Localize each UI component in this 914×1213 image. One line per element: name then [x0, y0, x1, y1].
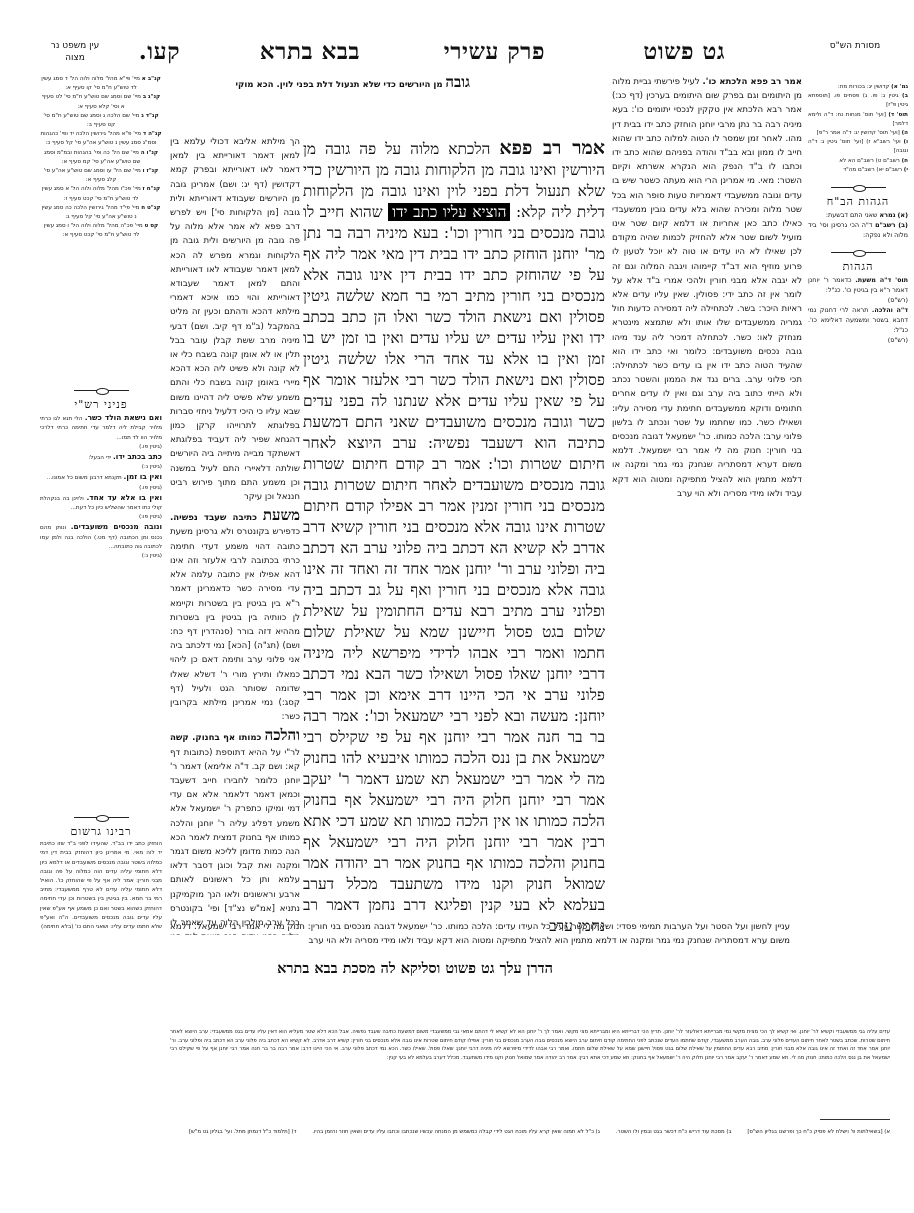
- hagahot-title: הגהות: [808, 262, 908, 271]
- penini-entry: ואם נישאת הולד כשר. הלי תנא לגו כרתי מלו…: [40, 413, 162, 452]
- rabbeinu-gershom-title: רבינו גרשום: [40, 827, 162, 836]
- ein-mishpat-entry: קנ"ו ה מיי' שם הל' כה ופי' בהגהות ובמ"מ …: [40, 149, 162, 167]
- mesoret-entry: תוס' ד) [ועי' תוס' מנחות נח: ד"ה ולימא ד…: [808, 111, 908, 129]
- gemara-text-after: שהוא חייב לו גובה מנכסים בני חורין וכו':…: [303, 203, 605, 935]
- ein-mishpat-entry: קס ט מיי' פכ"ה מהל' מלוה ולוה הל' ו סמג …: [40, 222, 162, 240]
- footnote-rule: [820, 1119, 890, 1120]
- hagahot-entry: תוס' ד"ה משעת. כדאמר ר' יוחנן דאמר ר"א ב…: [808, 275, 908, 305]
- ornamental-divider: [40, 813, 162, 821]
- penini-entry: כתב בכתב ידו. ידי הבעל:(גיטין נ:): [40, 452, 162, 472]
- tosafot-text: הך מילתא אליבא דכולי עלמא בין למאן דאמר …: [170, 137, 300, 502]
- mesoret-hashas-label: מסורת הש"ס: [825, 40, 885, 52]
- footnote: ב) מסכת עוד דריש כ"ח דכשר בגט ובמין ולו …: [616, 1129, 732, 1135]
- tosafot-top-strip: גובה מן היורשים כדי שלא תנעול דלת בפני ל…: [170, 75, 470, 135]
- tosafot-mishnah-entry: משעת כתיבה שעבד נפשיה. כדפירש בקונטרס ול…: [170, 508, 300, 724]
- penini-rashi-column: פניני רש"י ואם נישאת הולד כשר. הלי תנא ל…: [40, 378, 162, 748]
- mesoret-entry: ה) [ועי' תוס' קדושין יג: ד"ה אמר ר"פ]: [808, 129, 908, 138]
- chapter-number: פרק עשירי: [444, 38, 545, 65]
- ornamental-divider: [808, 248, 908, 256]
- footnote: ד) [תלמוד כ"ל דנמתן מתל. ועי' בגליון גט …: [189, 1129, 297, 1135]
- highlighted-phrase[interactable]: הוציא עליו כתב ידו: [388, 203, 510, 221]
- footnote: ג) כ"ל לא תמוה שאין קרא עליו מוכח הגט לי…: [312, 1129, 600, 1135]
- penini-entry: ואין בו זמן. תקנתא דרבנן משום כל אמונו..…: [40, 472, 162, 492]
- penini-entry: ונובה מנכסים משועבדים. ונותן מהם נכנס ומ…: [40, 522, 162, 561]
- hadran-line: הדרן עלך גט פשוט וסליקא לה מסכת בבא בתרא: [200, 960, 630, 978]
- talmud-page: מסורת הש"ס גט פשוט פרק עשירי בבא בתרא קע…: [0, 0, 914, 1213]
- folio-number: קעו.: [139, 38, 180, 65]
- ein-mishpat-entry: קנ"ב א מיי' פי"א מהל' מלוה ולוה הל' ד סמ…: [40, 75, 162, 93]
- rashbam-lead: אמר רב פפא הלכתא כו'.: [703, 77, 802, 87]
- ein-mishpat-entry: קנ"ז ו מיי' שם הל' עו וסמג שם טוש"ע אה"ע…: [40, 167, 162, 185]
- rashbam-top-strip: [465, 75, 615, 135]
- ein-mishpat-entry: קנ"ה ד מיי' פ"א מהל' גירושין הלכה יד ופי…: [40, 130, 162, 148]
- gemara-lead: אמר רב פפא: [499, 138, 605, 159]
- hagahot-habach-entry: (ב) רשב"ם ד"ה הכי גרסינן וסי' ביד מלוה ו…: [808, 220, 908, 240]
- chapter-name: גט פשוט: [643, 38, 725, 65]
- tosafot-first-line: מן היורשים כדי שלא תנעול דלת בפני לוין. …: [235, 80, 442, 90]
- ein-mishpat-label: עין משפט נר מצוה: [45, 40, 105, 64]
- mesoret-entry: ו) ועי' רשב"א ז) [ועי' תוס' גיטין ג: ד"ה…: [808, 138, 908, 156]
- penini-rashi-title: פניני רש"י: [40, 400, 162, 409]
- ein-mishpat-entry: קנ"ד ג מיי' שם הלכה ג וסמג שם טוש"ע ח"מ …: [40, 112, 162, 130]
- rabbeinu-gershom-text: הוחזק כתב ידו בב"ד. שהעידו לפני ב"ד שזו …: [40, 840, 162, 932]
- mesoret-entry: י) רשב"ם יא) רשב"ם מה"ד: [808, 166, 908, 175]
- rashbam-bottom-continuation: עניין לחשון ועל הסטר ועל הערבות תמימי פס…: [170, 920, 790, 960]
- rashbam-column: אמר רב פפא הלכתא כו'. לעיל פירשתי גביית …: [612, 75, 802, 935]
- tosafot-lead: גובה: [445, 75, 470, 91]
- hagahot-habach-title: הגהות הב"ח: [808, 197, 908, 206]
- tosafot-column: הך מילתא אליבא דכולי עלמא בין למאן דאמר …: [170, 135, 300, 935]
- hagahot-entry: ד"ה והלכה. תראה לרי דחנוק נמי דחבא בשטר …: [808, 305, 908, 345]
- gemara-text: אמר רב פפא הלכתא מלוה על פה גובה מן היור…: [303, 138, 605, 938]
- bottom-commentary: עדים עליה גבי ממשעבדי וקשיא לר' יוחנן. ו…: [170, 1028, 890, 1118]
- ein-mishpat-entry: קנ"ט ח מיי' פי"ד מהל' גירושין הלכה כה סמ…: [40, 204, 162, 222]
- penini-entry: ואין בו אלא עד אחד. ולזינן בה בנקהלת קול…: [40, 493, 162, 523]
- footnote: א) [בשאילתות פ' וישלח לא פסיק כ"ח כך ופר…: [747, 1129, 890, 1135]
- rabbeinu-gershom-column: רבינו גרשום הוחזק כתב ידו בב"ד. שהעידו ל…: [40, 805, 162, 1125]
- hagahot-habach-entry: (א) גמרא שאני התם דבשעת:: [808, 210, 908, 220]
- mesoret-entry: ח) רשב"ם ט) רשב"ם הא לא: [808, 157, 908, 166]
- tractate-name: בבא בתרא: [260, 38, 360, 65]
- page-header: מסורת הש"ס גט פשוט פרק עשירי בבא בתרא קע…: [40, 36, 880, 76]
- mesoret-hashas-column: גמ' א) קדושין יג: בכורות מח: ב) גיטין ג:…: [808, 83, 908, 428]
- mesoret-entry: גמ' א) קדושין יג: בכורות מח:: [808, 83, 908, 92]
- footnotes: א) [בשאילתות פ' וישלח לא פסיק כ"ח כך ופר…: [250, 1128, 890, 1136]
- ein-mishpat-entry: קנ"ח ז מיי' פכ"ו מהל' מלוה ולוה הל' א סמ…: [40, 185, 162, 203]
- rashbam-text: לעיל פירשתי גביית מלוה מן היתומים וגם בפ…: [612, 77, 802, 499]
- mesoret-entry: ב) גיטין ג: פו. ג) פסחים פו. [תוספתא גיט…: [808, 92, 908, 110]
- tosafot-halacha-entry: והלכה כמותו אף בחנוק. קשה לר"י על ההיא ד…: [170, 728, 300, 935]
- ein-mishpat-entry: קנ"ג ב מיי' שם וסמג שם טוש"ע ח"מ סי' לט …: [40, 93, 162, 111]
- ornamental-divider: [808, 183, 908, 191]
- ein-mishpat-column: קנ"ב א מיי' פי"א מהל' מלוה ולוה הל' ד סמ…: [40, 75, 162, 375]
- ornamental-divider: [40, 386, 162, 394]
